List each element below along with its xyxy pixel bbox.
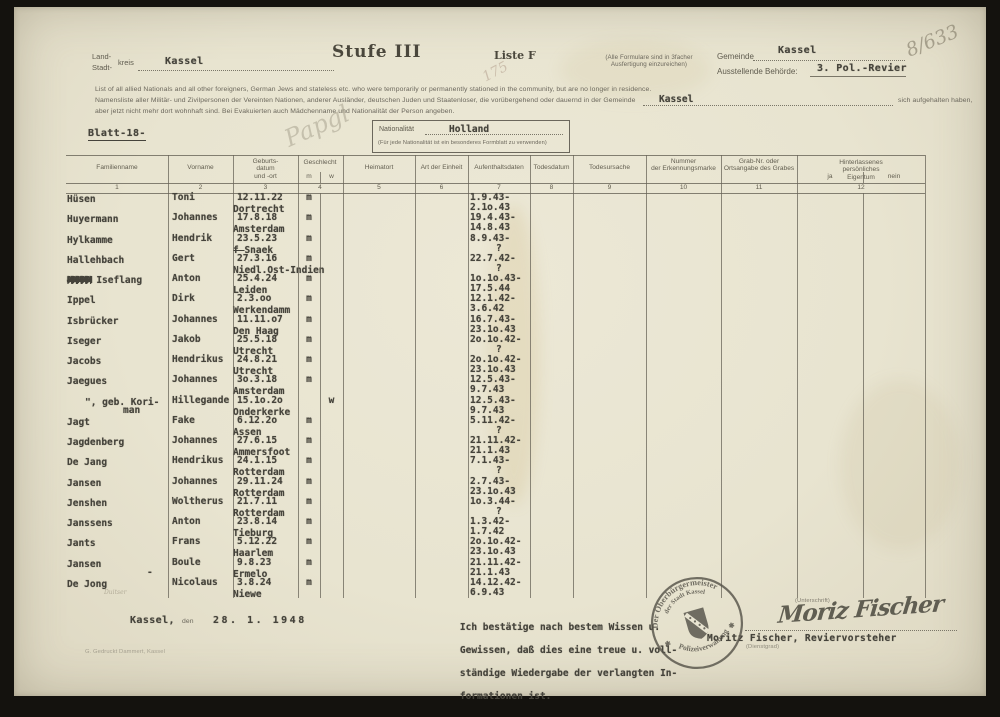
column-number-8: 8	[550, 184, 554, 191]
column-subheader-nein: nein	[888, 173, 900, 180]
surname-cell: Hüsen	[67, 193, 96, 205]
kreis-label: kreis	[118, 58, 134, 67]
sex-male: m	[298, 436, 320, 446]
surname: Hallehbach	[67, 255, 124, 266]
stay-to: 23.1o.43	[470, 325, 516, 335]
column-header-5: Heimatort	[365, 164, 394, 171]
birth-date: 9.8.23	[237, 558, 271, 568]
column-header-6: Art der Einheit	[421, 164, 463, 171]
surname-line2: man	[123, 406, 140, 416]
surname: Iseger	[67, 336, 101, 347]
table-subcolumn-line	[320, 193, 321, 598]
surname-cell: Jaegues	[67, 375, 107, 387]
certify-line3: ständige Wiedergabe der verlangten In-	[460, 668, 677, 679]
column-number-4: 4	[318, 184, 322, 191]
certify-line4: formationen ist.	[460, 691, 552, 702]
stay-from: 2.7.43-	[470, 477, 510, 487]
table-column-line	[168, 155, 169, 598]
stay-from: 21.11.42-	[470, 558, 521, 568]
ruling-line	[810, 75, 906, 77]
column-number-5: 5	[377, 184, 381, 191]
birth-date: 29.11.24	[237, 477, 283, 487]
stay-to: 9.7.43	[470, 406, 504, 416]
birth-date: 15.1o.2o	[237, 396, 283, 406]
birth-date: 6.12.2o	[237, 416, 277, 426]
given-name: Anton	[172, 517, 201, 527]
table-column-line	[298, 155, 299, 598]
sex-male: m	[298, 375, 320, 385]
table-column-line	[233, 155, 234, 598]
birth-date: 25.4.24	[237, 274, 277, 284]
scanned-document-page: Stufe III Liste F Land- Stadt- kreis Kas…	[0, 0, 1000, 717]
column-number-3: 3	[264, 184, 268, 191]
sex-male: m	[298, 213, 320, 223]
forms-note: (Alle Formulare sind in 3facher Ausferti…	[594, 54, 704, 68]
sex-male: m	[298, 517, 320, 527]
footer-den-label: den	[182, 618, 194, 625]
sex-female: w	[320, 396, 343, 406]
sex-male: m	[298, 274, 320, 284]
column-header-1: Familienname	[96, 164, 137, 171]
given-name: Jakob	[172, 335, 201, 345]
ruling-line	[753, 59, 905, 61]
birth-date: 3o.3.18	[237, 375, 277, 385]
certify-line1: Ich bestätige nach bestem Wissen u.	[460, 622, 660, 633]
surname-cell: Jants	[67, 537, 96, 549]
surname: Jants	[67, 538, 96, 549]
stay-to: 9.7.43	[470, 385, 504, 395]
surname: De Jong	[67, 579, 107, 590]
column-header-10: Nummer der Erkennungsmarke	[651, 158, 716, 173]
stay-from: 5.11.42-	[470, 416, 516, 426]
ruling-line	[425, 133, 563, 135]
instruction-german-2: sich aufgehalten haben,	[898, 97, 972, 104]
surname-cell: Jagt	[67, 416, 90, 428]
surname-line2: -	[147, 568, 153, 578]
sex-male: m	[298, 254, 320, 264]
birth-date: 24.1.15	[237, 456, 277, 466]
stay-from: 8.9.43-	[470, 234, 510, 244]
birth-date: 5.12.22	[237, 537, 277, 547]
footer-date: 28. 1. 1948	[213, 615, 307, 626]
surname-cell: Hallehbach	[67, 254, 124, 266]
footer-place: Kassel,	[130, 615, 175, 626]
birth-date: 21.7.11	[237, 497, 277, 507]
column-header-4: Geschlecht	[304, 159, 337, 166]
column-header-8: Todesdatum	[534, 164, 570, 171]
behoerde-label: Ausstellende Behörde:	[717, 67, 798, 76]
certification-text: Ich bestätige nach bestem Wissen u. Gewi…	[437, 610, 677, 714]
surname-cell: De Jong	[67, 578, 107, 590]
stay-from: 22.7.42-	[470, 254, 516, 264]
birth-date: 23.8.14	[237, 517, 277, 527]
table-column-line	[415, 155, 416, 598]
birth-place: Niewe	[233, 589, 262, 600]
sex-male: m	[298, 355, 320, 365]
stay-to: ?	[496, 244, 502, 254]
table-column-line	[530, 155, 531, 598]
surname-cell: Huyermann	[67, 213, 118, 225]
birth-date: 27.6.15	[237, 436, 277, 446]
surname: Jaegues	[67, 376, 107, 387]
column-number-11: 11	[756, 184, 763, 191]
birth-date: 23.5.23	[237, 234, 277, 244]
birth-date: 3.8.24	[237, 578, 271, 588]
column-number-2: 2	[199, 184, 203, 191]
deportee-table: Familienname1Vorname2Geburts- datum und …	[66, 155, 925, 598]
table-column-line	[925, 155, 926, 598]
surname: Janssens	[67, 518, 113, 529]
column-subheader-w: w	[329, 173, 334, 180]
stay-to: 21.1.43	[470, 568, 510, 578]
surname-cell: Ippel	[67, 294, 96, 306]
surname: Hüsen	[67, 194, 96, 205]
birth-date: 27.3.16	[237, 254, 277, 264]
instruction-english: List of all allied Nationals and all oth…	[95, 86, 651, 93]
stay-from: 12.5.43-	[470, 396, 516, 406]
surname: Jacobs	[67, 356, 101, 367]
forms-note-line1: (Alle Formulare sind in 3facher	[605, 54, 692, 61]
print-footnote: G. Gedruckt Dammert, Kassel	[85, 649, 165, 655]
column-header-12: Hinterlassenes persönliches Eigentum	[829, 159, 893, 181]
table-column-line	[721, 155, 722, 598]
given-name: Toni	[172, 193, 195, 203]
stay-to: 3.6.42	[470, 304, 504, 314]
given-name: Hendrikus	[172, 456, 223, 466]
surname-cell: Jacobs	[67, 355, 101, 367]
gemeinde-label: Gemeinde	[717, 52, 754, 61]
sex-male: m	[298, 537, 320, 547]
sex-male: m	[298, 193, 320, 203]
given-name: Johannes	[172, 315, 218, 325]
given-name: Gert	[172, 254, 195, 264]
surname-cell: Jagdenberg	[67, 436, 124, 448]
birth-place-cell: Niewe	[233, 588, 262, 600]
surname-cell: Isbrücker	[67, 315, 118, 327]
stay-to: 14.8.43	[470, 223, 510, 233]
column-number-6: 6	[440, 184, 444, 191]
surname-cell: Hylkamme	[67, 234, 113, 246]
given-name: Hendrikus	[172, 355, 223, 365]
given-name: Fake	[172, 416, 195, 426]
sex-male: m	[298, 234, 320, 244]
signature-ruling	[745, 629, 957, 631]
surname-cell: Jansen	[67, 558, 101, 570]
sex-male: m	[298, 578, 320, 588]
page-title: Stufe III	[332, 42, 421, 62]
surname-cell: De Jang	[67, 456, 107, 468]
birth-date: 17.8.18	[237, 213, 277, 223]
sex-male: m	[298, 456, 320, 466]
given-name: Johannes	[172, 375, 218, 385]
kassel-coat-of-arms	[684, 607, 712, 641]
sex-male: m	[298, 497, 320, 507]
table-column-line	[797, 155, 798, 598]
surname-struck: MMMMM	[67, 275, 91, 286]
instruction-german-1: Namensliste aller Militär- und Zivilpers…	[95, 97, 636, 104]
svg-text:✱: ✱	[664, 639, 672, 648]
table-subcolumn-line	[863, 172, 864, 183]
stay-to: 23.1o.43	[470, 487, 516, 497]
table-column-line	[343, 155, 344, 598]
surname: Jansen	[67, 478, 101, 489]
given-name: Boule	[172, 558, 201, 568]
surname: Jansen	[67, 559, 101, 570]
blatt-number: Blatt-18-	[88, 128, 146, 141]
surname: Huyermann	[67, 214, 118, 225]
column-number-12: 12	[857, 184, 864, 191]
stay-to: 23.1o.43	[470, 547, 516, 557]
given-name: Hillegande	[172, 396, 229, 406]
stay-from: 1o.3.44-	[470, 497, 516, 507]
column-number-9: 9	[608, 184, 612, 191]
table-subcolumn-line	[863, 193, 864, 598]
table-subcolumn-line	[320, 172, 321, 183]
surname-cell: MMMMM Iseflang	[67, 274, 142, 286]
sex-male: m	[298, 416, 320, 426]
sex-male: m	[298, 315, 320, 325]
table-column-line	[468, 155, 469, 598]
given-name: Anton	[172, 274, 201, 284]
given-name: Dirk	[172, 294, 195, 304]
surname: Jagt	[67, 417, 90, 428]
column-header-11: Grab-Nr. oder Ortsangabe des Grabes	[724, 158, 794, 173]
surname: Jagdenberg	[67, 437, 124, 448]
sex-male: m	[298, 558, 320, 568]
birth-date: 12.11.22	[237, 193, 283, 203]
surname-cell: Jansen	[67, 477, 101, 489]
table-column-line	[646, 155, 647, 598]
forms-note-line2: Ausfertigung einzureichen)	[611, 61, 687, 68]
given-name: Johannes	[172, 213, 218, 223]
land-label: Land-	[92, 52, 111, 61]
surname: Iseflang	[91, 275, 142, 286]
column-number-10: 10	[680, 184, 687, 191]
birth-date: 11.11.o7	[237, 315, 283, 325]
surname: De Jang	[67, 457, 107, 468]
surname-cell: Iseger	[67, 335, 101, 347]
given-name: Johannes	[172, 436, 218, 446]
given-name: Woltherus	[172, 497, 223, 507]
sex-male: m	[298, 335, 320, 345]
stay-to: ?	[496, 466, 502, 476]
certify-line2: Gewissen, daß dies eine treue u. voll-	[460, 645, 677, 656]
surname: Hylkamme	[67, 235, 113, 246]
surname-cell: Jenshen	[67, 497, 107, 509]
ruling-line	[138, 69, 334, 71]
birth-date: 24.8.21	[237, 355, 277, 365]
surname: Isbrücker	[67, 316, 118, 327]
sex-male: m	[298, 294, 320, 304]
surname-line2: Duitser	[104, 588, 127, 598]
stadt-label: Stadt-	[92, 63, 112, 72]
nationality-note: (Für jede Nationalität ist ein besondere…	[378, 140, 547, 146]
stay-from: 16.7.43-	[470, 315, 516, 325]
instruction-german-3: aber jetzt nicht mehr dort wohnhaft sind…	[95, 108, 454, 115]
birth-date: 2.3.oo	[237, 294, 271, 304]
given-name: Frans	[172, 537, 201, 547]
birth-date: 25.5.18	[237, 335, 277, 345]
svg-text:✱: ✱	[728, 621, 736, 630]
column-header-3: Geburts- datum und -ort	[253, 158, 279, 180]
ruling-line	[643, 104, 893, 106]
nationality-box: Nationalität Holland (Für jede Nationali…	[372, 120, 570, 153]
given-name: Johannes	[172, 477, 218, 487]
kreis-value: Kassel	[165, 56, 204, 67]
surname: Jenshen	[67, 498, 107, 509]
given-name: Hendrik	[172, 234, 212, 244]
column-header-7: Aufenthaltsdaten	[474, 164, 524, 171]
sex-male: m	[298, 477, 320, 487]
table-column-line	[573, 155, 574, 598]
gemeinde-value: Kassel	[778, 45, 817, 56]
column-subheader-ja: ja	[827, 173, 832, 180]
surname: Ippel	[67, 295, 96, 306]
behoerde-value: 3. Pol.-Revier	[817, 63, 907, 74]
nationality-label: Nationalität	[379, 126, 414, 133]
stay-to: 6.9.43	[470, 588, 504, 598]
column-subheader-m: m	[306, 173, 312, 180]
surname-cell: Janssens	[67, 517, 113, 529]
given-name: Nicolaus	[172, 578, 218, 588]
stay-from: 7.1.43-	[470, 456, 510, 466]
column-number-7: 7	[497, 184, 501, 191]
column-header-9: Todesursache	[589, 164, 630, 171]
column-header-2: Vorname	[187, 164, 213, 171]
column-number-1: 1	[115, 184, 119, 191]
